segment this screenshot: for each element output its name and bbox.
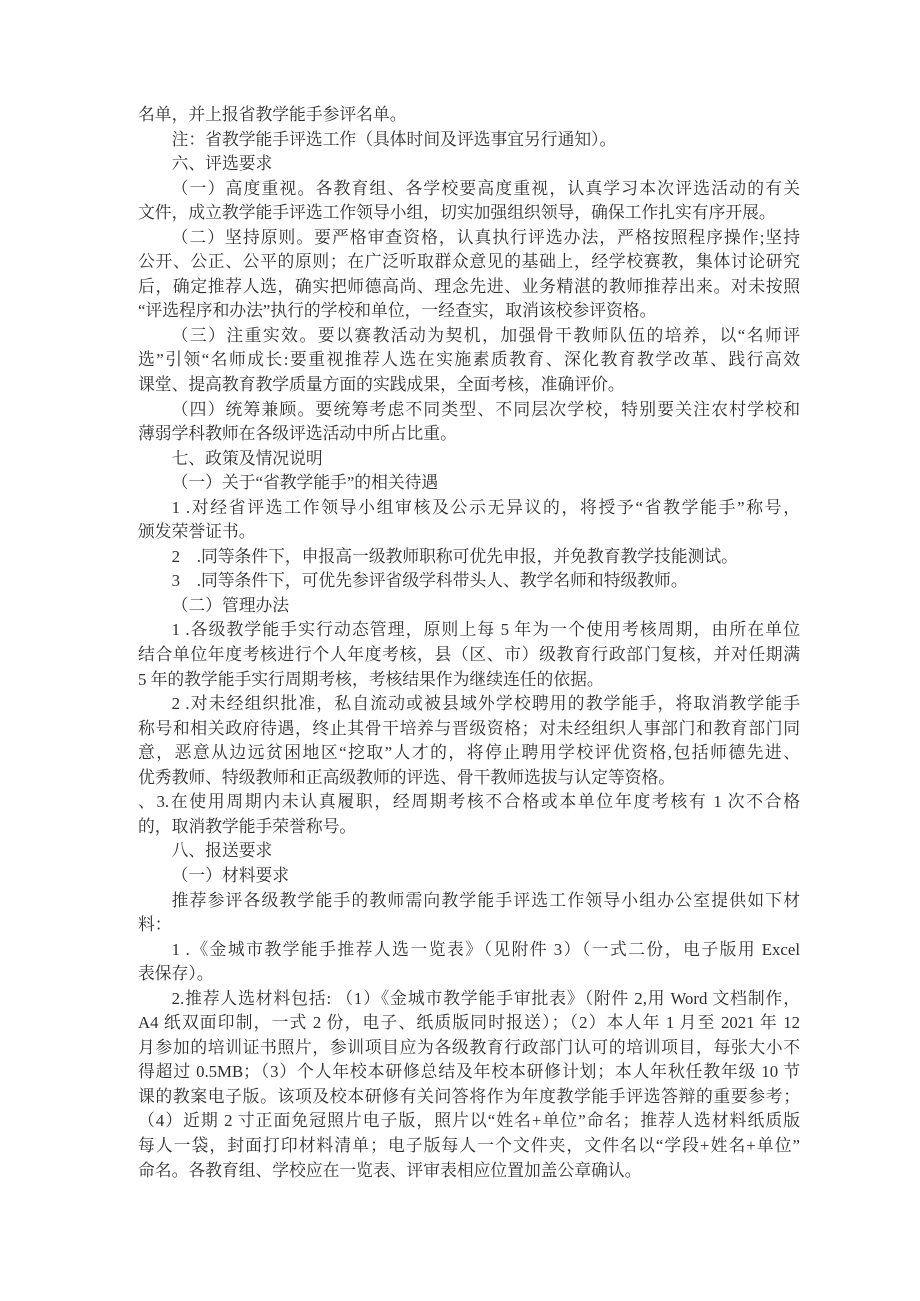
document-body: 名单，并上报省教学能手参评名单。注：省教学能手评选工作（具体时间及评选事宜另行通…	[138, 103, 800, 1183]
text-line: （4）近期 2 寸正面免冠照片电子版，照片以“姓名+单位”命名；推荐人选材料纸质…	[138, 1109, 800, 1134]
text-line: 后，确定推荐人选，确实把师德高尚、理念先进、业务精湛的教师推荐出来。对未按照	[138, 275, 800, 300]
text-line: 月参加的培训证书照片，参训项目应为各级教育行政部门认可的培训项目，每张大小不	[138, 1036, 800, 1061]
text-line: 2.推荐人选材料包括: （1）《金城市教学能手审批表》（附件 2,用 Word …	[138, 987, 800, 1012]
text-line: “评选程序和办法”执行的学校和单位，一经查实，取消该校参评资格。	[138, 299, 800, 324]
text-line: （二）坚持原则。要严格审查资格，认真执行评选办法，严格按照程序操作;坚持	[138, 226, 800, 251]
text-line: 课的教案电子版。该项及校本研修有关问答将作为年度教学能手评选答辩的重要参考；	[138, 1085, 800, 1110]
text-line: （一）关于“省教学能手”的相关待遇	[138, 471, 800, 496]
text-line: 料：	[138, 913, 800, 938]
text-line: 表保存）。	[138, 962, 800, 987]
document-page: 名单，并上报省教学能手参评名单。注：省教学能手评选工作（具体时间及评选事宜另行通…	[0, 0, 920, 1301]
text-line: 八、报送要求	[138, 839, 800, 864]
text-line: 六、评选要求	[138, 152, 800, 177]
text-line: （二）管理办法	[138, 594, 800, 619]
text-line: 得超过 0.5MB；（3）个人年校本研修总结及年校本研修计划；本人年秋任教年级 …	[138, 1060, 800, 1085]
text-line: 2 .对未经组织批准，私自流动或被县域外学校聘用的教学能手，将取消教学能手	[138, 692, 800, 717]
text-line: 意，恶意从边远贫困地区“挖取”人才的，将停止聘用学校评优资格,包括师德先进、	[138, 741, 800, 766]
text-line: 1 .《金城市教学能手推荐人选一览表》（见附件 3）（一式二份，电子版用 Exc…	[138, 938, 800, 963]
text-line: 选”引领“名师成长:要重视推荐人选在实施素质教育、深化教育教学改革、践行高效	[138, 348, 800, 373]
text-line: 推荐参评各级教学能手的教师需向教学能手评选工作领导小组办公室提供如下材	[138, 889, 800, 914]
text-line: 优秀教师、特级教师和正高级教师的评选、骨干教师选拔与认定等资格。	[138, 766, 800, 791]
text-line: 名单，并上报省教学能手参评名单。	[138, 103, 800, 128]
text-line: 称号和相关政府待遇，终止其骨干培养与晋级资格；对未经组织人事部门和教育部门同	[138, 717, 800, 742]
text-line: 颁发荣誉证书。	[138, 520, 800, 545]
text-line: 注：省教学能手评选工作（具体时间及评选事宜另行通知）。	[138, 128, 800, 153]
text-line: 文件，成立教学能手评选工作领导小组，切实加强组织领导，确保工作扎实有序开展。	[138, 201, 800, 226]
text-line: 2 .同等条件下，申报高一级教师职称可优先申报，并免教育教学技能测试。	[138, 545, 800, 570]
text-line: 命名。各教育组、学校应在一览表、评审表相应位置加盖公章确认。	[138, 1159, 800, 1184]
text-line: 七、政策及情况说明	[138, 447, 800, 472]
text-line: （一）高度重视。各教育组、各学校要高度重视，认真学习本次评选活动的有关	[138, 177, 800, 202]
text-line: 公开、公正、公平的原则；在广泛听取群众意见的基础上，经学校赛教，集体讨论研究	[138, 250, 800, 275]
text-line: 结合单位年度考核进行个人年度考核，县（区、市）级教育行政部门复核，并对任期满	[138, 643, 800, 668]
text-line: 5 年的教学能手实行周期考核，考核结果作为继续连任的依据。	[138, 668, 800, 693]
text-line: A4 纸双面印制，一式 2 份，电子、纸质版同时报送）；（2）本人年 1 月至 …	[138, 1011, 800, 1036]
text-line: 的，取消教学能手荣誉称号。	[138, 815, 800, 840]
text-line: 1 .各级教学能手实行动态管理，原则上每 5 年为一个使用考核周期，由所在单位	[138, 618, 800, 643]
text-line: 、3.在使用周期内未认真履职，经周期考核不合格或本单位年度考核有 1 次不合格	[138, 790, 800, 815]
text-line: （一）材料要求	[138, 864, 800, 889]
text-line: 薄弱学科教师在各级评选活动中所占比重。	[138, 422, 800, 447]
text-line: 课堂、提高教育教学质量方面的实践成果，全面考核，准确评价。	[138, 373, 800, 398]
text-line: 3 .同等条件下，可优先参评省级学科带头人、教学名师和特级教师。	[138, 569, 800, 594]
text-line: 1 .对经省评选工作领导小组审核及公示无异议的，将授予“省教学能手”称号，	[138, 496, 800, 521]
text-line: （四）统筹兼顾。要统筹考虑不同类型、不同层次学校，特别要关注农村学校和	[138, 398, 800, 423]
text-line: 每人一袋，封面打印材料清单；电子版每人一个文件夹，文件名以“学段+姓名+单位”	[138, 1134, 800, 1159]
text-line: （三）注重实效。要以赛教活动为契机，加强骨干教师队伍的培养，以“名师评	[138, 324, 800, 349]
